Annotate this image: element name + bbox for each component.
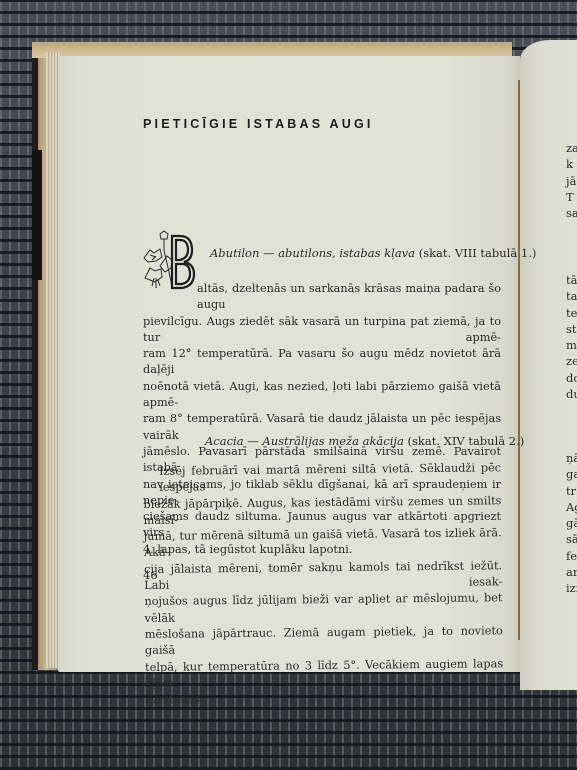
text-line: telpā, kur temperatūra no 3 līdz 5°. Vec… (145, 656, 503, 692)
fragment: ņā (566, 450, 577, 466)
fragment: za (566, 140, 577, 156)
text-line: pievilcīgu. Augs ziedēt sāk vasarā un tu… (143, 314, 501, 347)
page-number: 46 (143, 568, 158, 582)
right-page-fragment-block-2: tā ta te st m ze do du (566, 272, 577, 402)
fragment: do (566, 370, 577, 386)
section-heading-abutilon: Abutilon — abutilons, istabas kļava (ska… (210, 246, 536, 260)
running-title: PIETICĪGIE ISTABAS AUGI (143, 117, 374, 131)
text-line: noēnotā vietā. Augi, kas nezied, ļoti la… (143, 379, 501, 412)
fragment: du (566, 386, 577, 402)
fragment: fe (566, 548, 577, 564)
fragment: te (566, 305, 577, 321)
fragment: m (566, 337, 577, 353)
text-line: dzeltenas. (145, 688, 503, 708)
heading-dash: — (259, 246, 278, 260)
text-line: jumā, tur mērenā siltumā un gaišā vietā.… (144, 525, 502, 561)
fragment: st (566, 321, 577, 337)
text-line: altās, dzeltenās un sarkanās krāsas maiņ… (143, 281, 501, 314)
fragment: jā (566, 173, 577, 189)
heading-latin: Acacia (205, 434, 244, 448)
text-line: ram 12° temperatūrā. Pa vasaru šo augu m… (143, 346, 501, 379)
fragment: ze (566, 353, 577, 369)
right-page-fragment-block-3: ņā ga tr Ag gā sā fe ar izı (566, 450, 577, 597)
fragment: k (566, 156, 577, 172)
heading-plate-ref: (skat. VIII tabulā 1.) (415, 246, 536, 260)
right-page-fragment-block-1: za k jā T sa (566, 140, 577, 221)
heading-dash: — (244, 434, 263, 448)
fragment: ar (566, 564, 577, 580)
book-spine-shadow (32, 150, 42, 280)
fragment: ga (566, 466, 577, 482)
text-line: biežāk jāpārpiķē. Augus, kas iestādāmi v… (143, 493, 501, 529)
heading-plate-ref: (skat. XIV tabulā 2.) (404, 434, 524, 448)
heading-local: abutilons, istabas kļava (278, 246, 415, 260)
heading-local: Austrālijas meža akācija (262, 434, 403, 448)
text-line: mēslošana jāpārtrauc. Ziemā augam pietie… (145, 623, 503, 659)
text-line: ņojušos augus līdz jūlijam bieži var apl… (144, 591, 502, 627)
paragraph-acacia: Izsēj februārī vai martā mēreni siltā vi… (143, 460, 504, 708)
text-line: cija jālaista mēreni, tomēr sakņu kamols… (144, 558, 502, 594)
fragment: izı (566, 580, 577, 596)
section-heading-acacia: Acacia — Austrālijas meža akācija (skat.… (205, 434, 524, 448)
fragment: gā (566, 515, 577, 531)
text-line: Izsēj februārī vai martā mēreni siltā vi… (143, 460, 501, 496)
fragment: T (566, 189, 577, 205)
fragment: sā (566, 531, 577, 547)
fragment: tā (566, 272, 577, 288)
book-gutter (518, 80, 520, 640)
fragment: Ag (566, 499, 577, 515)
fragment: ta (566, 288, 577, 304)
heading-latin: Abutilon (210, 246, 259, 260)
fragment: tr (566, 483, 577, 499)
fragment: sa (566, 205, 577, 221)
